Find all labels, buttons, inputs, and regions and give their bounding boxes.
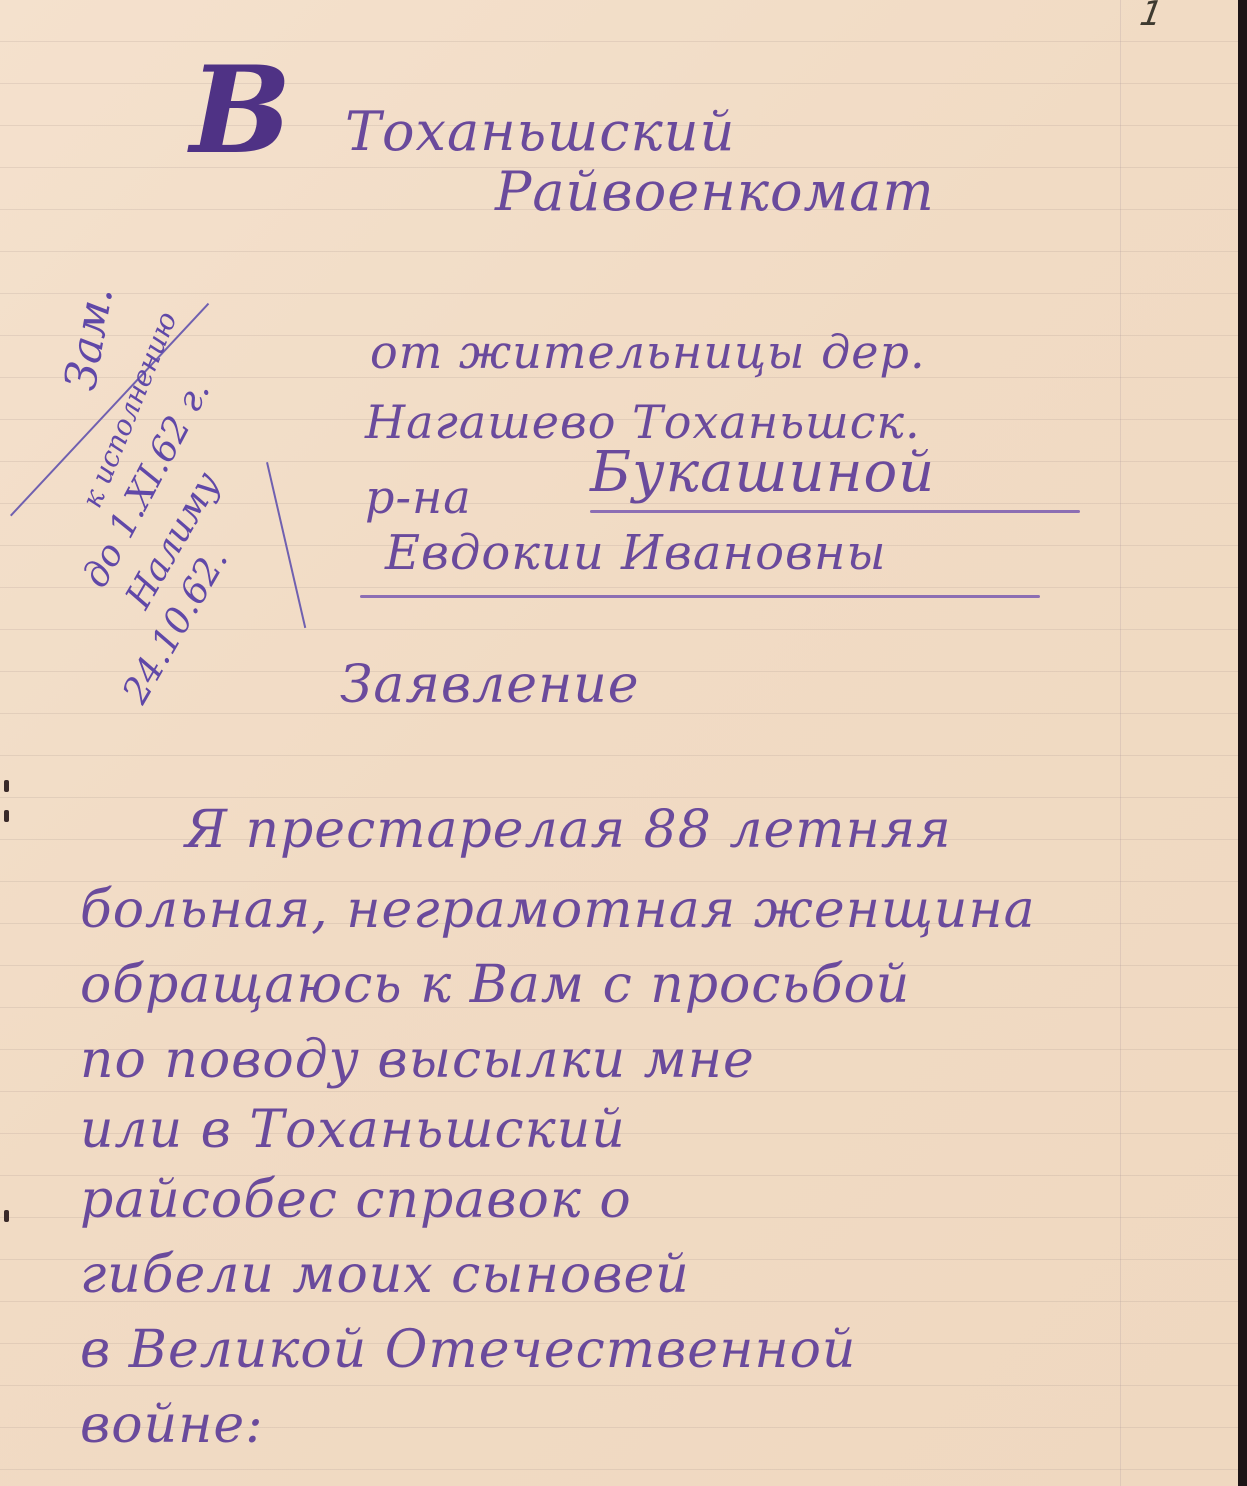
body-line: войне:	[80, 1395, 264, 1455]
body-line: или в Тоханьшский	[80, 1100, 626, 1160]
sender-line-3-prefix: р-на	[365, 470, 472, 524]
punch-mark	[4, 810, 9, 822]
punch-mark	[4, 780, 9, 792]
body-line: обращаюсь к Вам с просьбой	[80, 955, 910, 1015]
sender-surname: Букашиной	[590, 440, 935, 505]
sender-underline	[360, 595, 1040, 598]
body-line: гибели моих сыновей	[80, 1245, 690, 1305]
addressee-line-1: Тоханьшский	[345, 100, 735, 163]
sender-line-4: Евдокии Ивановны	[385, 525, 887, 581]
sender-line-1: от жительницы дер.	[370, 325, 926, 379]
body-line: по поводу высылки мне	[80, 1030, 755, 1090]
body-line: больная, неграмотная женщина	[80, 880, 1036, 940]
body-line: Я престарелая 88 летняя	[185, 800, 952, 860]
body-line: райсобес справок о	[80, 1170, 632, 1230]
surname-underline	[590, 510, 1080, 513]
addressee-line-2: Райвоенкомат	[495, 160, 935, 223]
document-title: Заявление	[340, 655, 640, 715]
salutation-prefix: В	[190, 40, 292, 181]
scan-edge	[1238, 0, 1247, 1486]
body-line: в Великой Отечественной	[80, 1320, 856, 1380]
punch-mark	[4, 1210, 9, 1222]
